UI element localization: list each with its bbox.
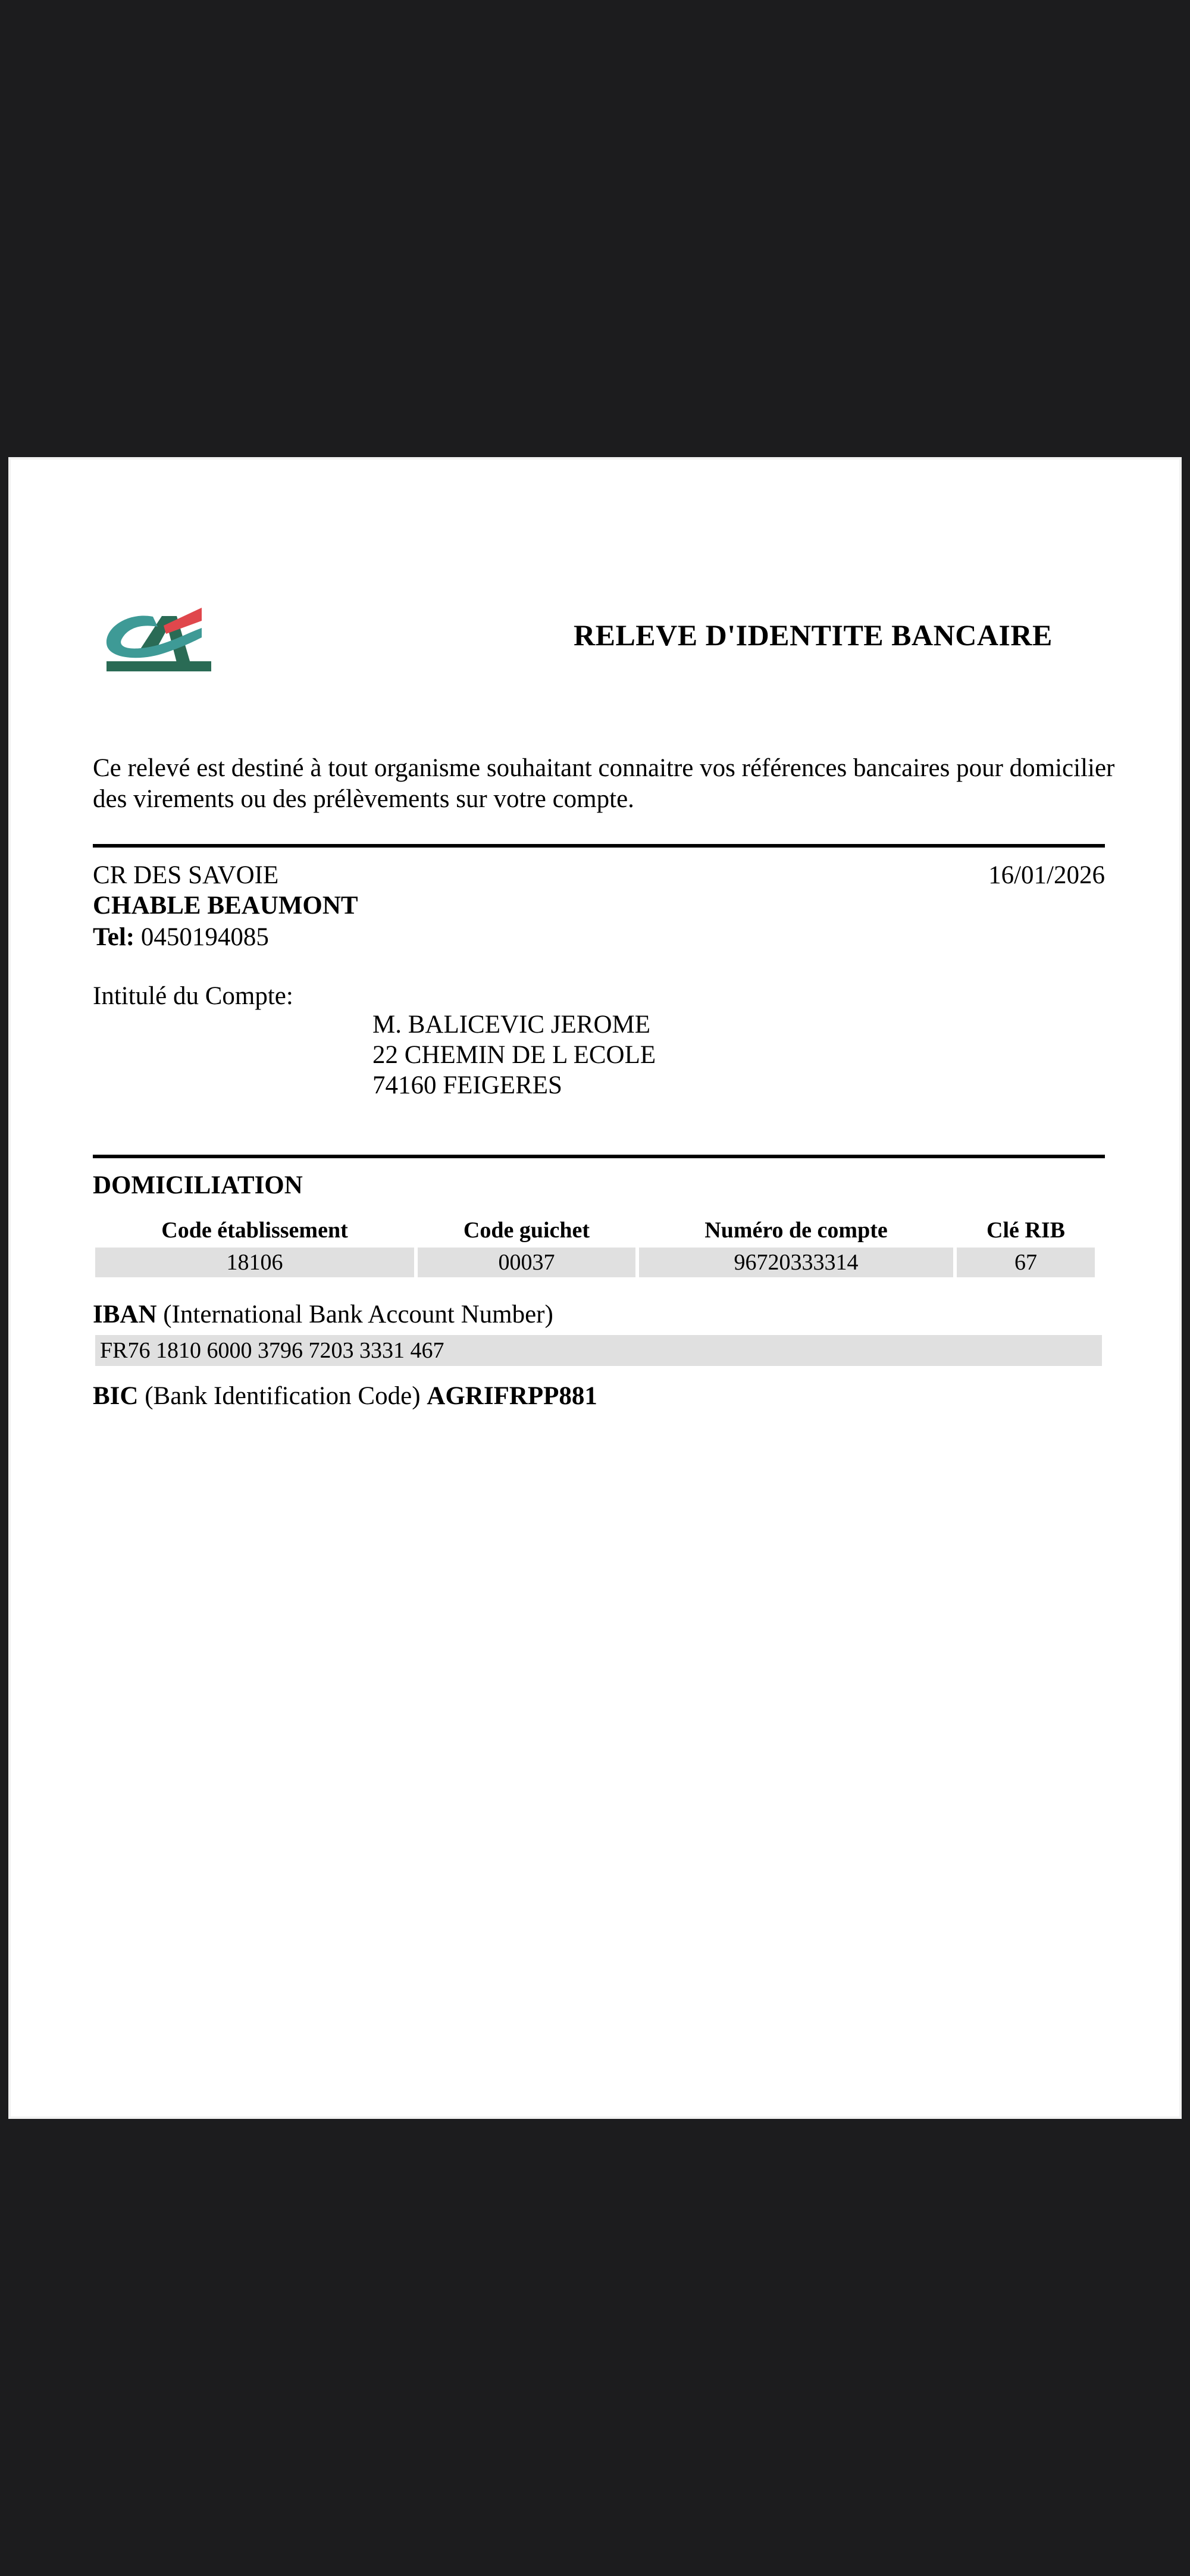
credit-agricole-logo-icon [93, 591, 212, 674]
domiciliation-heading: DOMICILIATION [93, 1171, 303, 1200]
col-code-etablissement: Code établissement [95, 1215, 414, 1248]
iban-label-line: IBAN (International Bank Account Number) [93, 1299, 553, 1330]
document-page: RELEVE D'IDENTITE BANCAIRE Ce relevé est… [8, 457, 1182, 2119]
col-numero-compte: Numéro de compte [639, 1215, 953, 1248]
account-holder-address: M. BALICEVIC JEROME 22 CHEMIN DE L ECOLE… [372, 1009, 656, 1101]
tel-value: 0450194085 [141, 923, 269, 951]
document-date: 16/01/2026 [988, 860, 1105, 891]
bic-label: BIC [93, 1382, 138, 1410]
intro-text: Ce relevé est destiné à tout organisme s… [93, 753, 1116, 815]
col-code-guichet: Code guichet [418, 1215, 635, 1248]
document-title: RELEVE D'IDENTITE BANCAIRE [574, 618, 1053, 652]
numero-compte-value: 96720333314 [639, 1248, 953, 1277]
branch-name: CHABLE BEAUMONT [93, 890, 358, 921]
telephone: Tel: 0450194085 [93, 922, 269, 953]
holder-city: 74160 FEIGERES [372, 1070, 656, 1101]
rib-table: Code établissement Code guichet Numéro d… [95, 1215, 1102, 1277]
rib-table-header: Code établissement Code guichet Numéro d… [95, 1215, 1102, 1248]
holder-street: 22 CHEMIN DE L ECOLE [372, 1040, 656, 1070]
holder-name: M. BALICEVIC JEROME [372, 1009, 656, 1040]
table-row: 18106 00037 96720333314 67 [95, 1248, 1102, 1277]
bic-value: AGRIFRPP881 [427, 1382, 597, 1410]
tel-label: Tel: [93, 923, 134, 951]
divider [93, 1155, 1105, 1158]
bic-line: BIC (Bank Identification Code) AGRIFRPP8… [93, 1381, 597, 1412]
col-cle-rib: Clé RIB [957, 1215, 1095, 1248]
code-etablissement-value: 18106 [95, 1248, 414, 1277]
bank-name: CR DES SAVOIE [93, 860, 278, 891]
iban-value: FR76 1810 6000 3796 7203 3331 467 [95, 1335, 1102, 1366]
account-holder-label: Intitulé du Compte: [93, 981, 293, 1012]
code-guichet-value: 00037 [418, 1248, 635, 1277]
bic-description: (Bank Identification Code) [145, 1382, 420, 1410]
iban-description: (International Bank Account Number) [163, 1300, 553, 1328]
cle-rib-value: 67 [957, 1248, 1095, 1277]
divider [93, 844, 1105, 848]
iban-label: IBAN [93, 1300, 157, 1328]
